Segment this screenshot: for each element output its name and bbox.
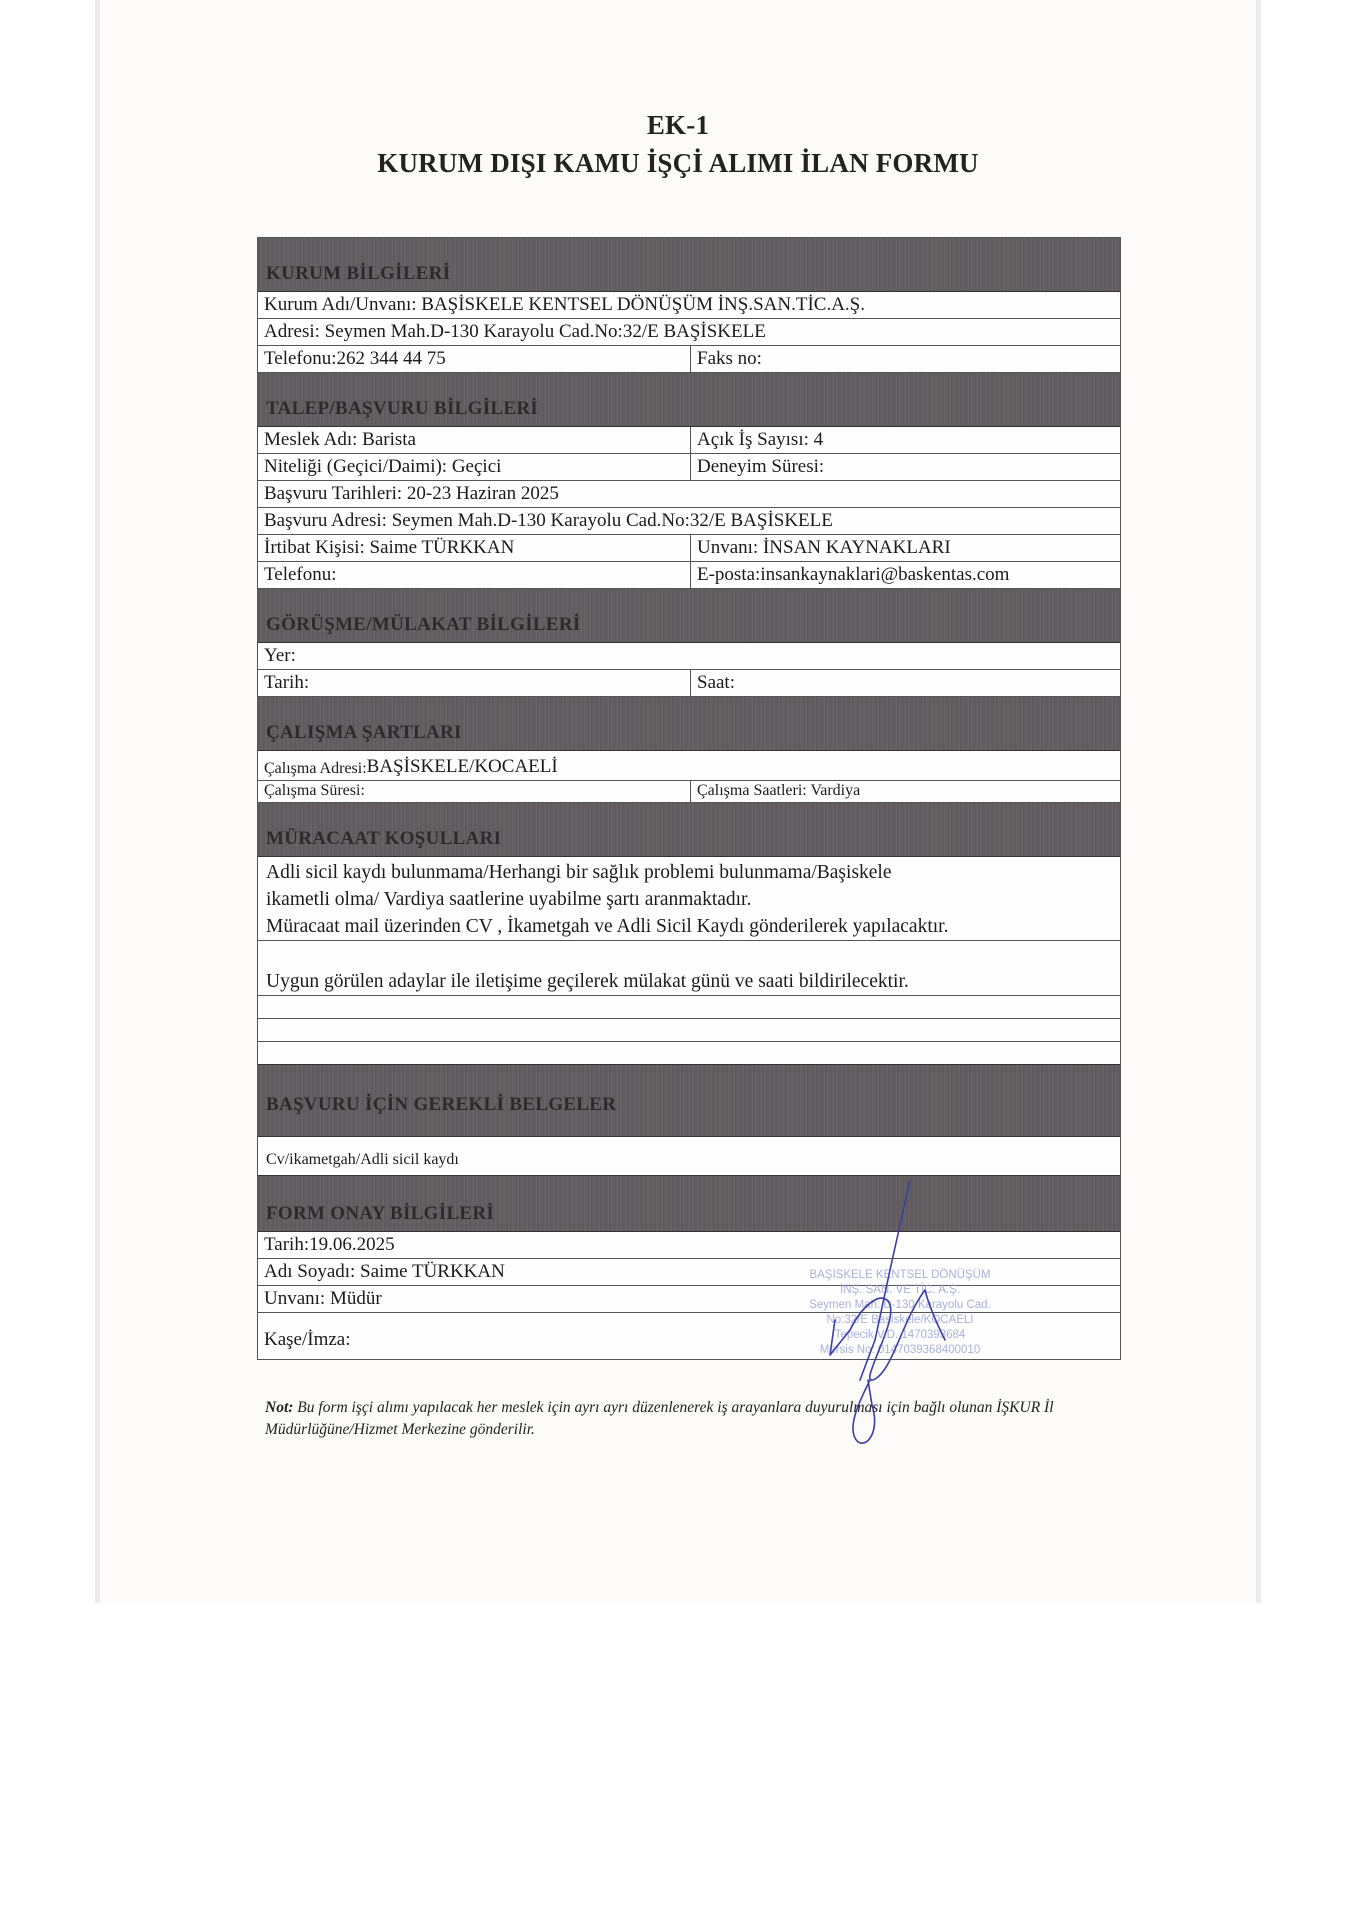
- gerekli-belgeler: Cv/ikametgah/Adli sicil kaydı: [258, 1137, 1120, 1176]
- meslek-row: Meslek Adı: Barista Açık İş Sayısı: 4: [258, 427, 1120, 454]
- section-gorusme-heading: GÖRÜŞME/MÜLAKAT BİLGİLERİ: [258, 589, 1120, 643]
- stamp-line: Seymen Mah. D-130 Karayolu Cad.: [785, 1298, 1015, 1313]
- deneyim-suresi: Deneyim Süresi:: [691, 454, 1120, 480]
- kurum-fax: Faks no:: [691, 346, 1120, 372]
- section-title: BAŞVURU İÇİN GEREKLİ BELGELER: [266, 1094, 616, 1116]
- condition-line-blank: [266, 941, 1112, 968]
- kurum-address: Adresi: Seymen Mah.D-130 Karayolu Cad.No…: [258, 319, 1120, 345]
- calisma-adresi-label: Çalışma Adresi:: [264, 760, 367, 778]
- section-title: TALEP/BAŞVURU BİLGİLERİ: [266, 398, 538, 420]
- section-calisma-heading: ÇALIŞMA ŞARTLARI: [258, 697, 1120, 751]
- footnote: Not: Bu form işçi alımı yapılacak her me…: [265, 1397, 1135, 1441]
- irtibat-kisisi: İrtibat Kişisi: Saime TÜRKKAN: [258, 535, 691, 561]
- niteligi: Niteliği (Geçici/Daimi): Geçici: [258, 454, 691, 480]
- blank-row: [258, 1019, 1120, 1042]
- section-talep-heading: TALEP/BAŞVURU BİLGİLERİ: [258, 373, 1120, 427]
- stamp-line: Tepecik V.D. 1470393684: [785, 1328, 1015, 1343]
- basvuru-tarihleri-row: Başvuru Tarihleri: 20-23 Haziran 2025: [258, 481, 1120, 508]
- iletisim-row: Telefonu: E-posta:insankaynaklari@basken…: [258, 562, 1120, 589]
- annex-label: EK-1: [100, 110, 1256, 141]
- yer-row: Yer:: [258, 643, 1120, 670]
- acik-is-sayisi: Açık İş Sayısı: 4: [691, 427, 1120, 453]
- section-onay-heading: FORM ONAY BİLGİLERİ: [258, 1176, 1120, 1232]
- section-title: KURUM BİLGİLERİ: [266, 263, 451, 285]
- calisma-sure-row: Çalışma Süresi: Çalışma Saatleri: Vardiy…: [258, 781, 1120, 803]
- muracaat-conditions: Adli sicil kaydı bulunmama/Herhangi bir …: [258, 857, 1120, 996]
- basvuru-adresi: Başvuru Adresi: Seymen Mah.D-130 Karayol…: [258, 508, 1120, 534]
- section-kurum-heading: KURUM BİLGİLERİ: [258, 238, 1120, 292]
- irtibat-row: İrtibat Kişisi: Saime TÜRKKAN Unvanı: İN…: [258, 535, 1120, 562]
- condition-line: Müracaat mail üzerinden CV , İkametgah v…: [258, 913, 1120, 941]
- calisma-adresi-value: BAŞİSKELE/KOCAELİ: [367, 756, 558, 778]
- kurum-name: Kurum Adı/Unvanı: BAŞİSKELE KENTSEL DÖNÜ…: [258, 292, 1120, 318]
- kurum-phone: Telefonu:262 344 44 75: [258, 346, 691, 372]
- calisma-suresi: Çalışma Süresi:: [258, 781, 691, 802]
- job-posting-form: KURUM BİLGİLERİ Kurum Adı/Unvanı: BAŞİSK…: [257, 237, 1121, 1360]
- eposta: E-posta:insankaynaklari@baskentas.com: [691, 562, 1120, 588]
- stamp-line: No:32/E Başiskele/KOCAELİ: [785, 1313, 1015, 1328]
- condition-line: Uygun görülen adaylar ile iletişime geçi…: [266, 968, 1112, 995]
- calisma-adres-row: Çalışma Adresi: BAŞİSKELE/KOCAELİ: [258, 751, 1120, 781]
- kurum-phone-row: Telefonu:262 344 44 75 Faks no:: [258, 346, 1120, 373]
- irtibat-telefon: Telefonu:: [258, 562, 691, 588]
- gorusme-saat: Saat:: [691, 670, 1120, 696]
- blank-row: [258, 996, 1120, 1019]
- tarih-saat-row: Tarih: Saat:: [258, 670, 1120, 697]
- gorusme-tarih: Tarih:: [258, 670, 691, 696]
- kurum-name-row: Kurum Adı/Unvanı: BAŞİSKELE KENTSEL DÖNÜ…: [258, 292, 1120, 319]
- section-title: MÜRACAAT KOŞULLARI: [266, 828, 501, 850]
- stamp-line: BAŞİSKELE KENTSEL DÖNÜŞÜM: [785, 1268, 1015, 1283]
- onay-tarih: Tarih:19.06.2025: [258, 1232, 1120, 1258]
- basvuru-adresi-row: Başvuru Adresi: Seymen Mah.D-130 Karayol…: [258, 508, 1120, 535]
- section-title: GÖRÜŞME/MÜLAKAT BİLGİLERİ: [266, 614, 581, 636]
- section-title: FORM ONAY BİLGİLERİ: [266, 1203, 494, 1225]
- kurum-address-row: Adresi: Seymen Mah.D-130 Karayolu Cad.No…: [258, 319, 1120, 346]
- meslek-adi: Meslek Adı: Barista: [258, 427, 691, 453]
- irtibat-unvan: Unvanı: İNSAN KAYNAKLARI: [691, 535, 1120, 561]
- note-label: Not:: [265, 1399, 293, 1416]
- section-belgeler-heading: BAŞVURU İÇİN GEREKLİ BELGELER: [258, 1065, 1120, 1137]
- gorusme-yer: Yer:: [258, 643, 1120, 669]
- stamp-line: Mersis No: 0147039368400010: [785, 1343, 1015, 1358]
- condition-line: ikametli olma/ Vardiya saatlerine uyabil…: [266, 886, 1112, 913]
- calisma-saatleri: Çalışma Saatleri: Vardiya: [691, 781, 1120, 802]
- section-title: ÇALIŞMA ŞARTLARI: [266, 722, 462, 744]
- condition-line: Adli sicil kaydı bulunmama/Herhangi bir …: [266, 859, 1112, 886]
- company-stamp: BAŞİSKELE KENTSEL DÖNÜŞÜM İNŞ. SAN. VE T…: [785, 1268, 1015, 1358]
- stamp-line: İNŞ. SAN. VE TİC. A.Ş.: [785, 1283, 1015, 1298]
- page-title: KURUM DIŞI KAMU İŞÇİ ALIMI İLAN FORMU: [100, 148, 1256, 179]
- note-text: Bu form işçi alımı yapılacak her meslek …: [265, 1399, 1054, 1438]
- basvuru-tarihleri: Başvuru Tarihleri: 20-23 Haziran 2025: [258, 481, 1120, 507]
- nitelik-row: Niteliği (Geçici/Daimi): Geçici Deneyim …: [258, 454, 1120, 481]
- blank-row: [258, 1042, 1120, 1065]
- section-muracaat-heading: MÜRACAAT KOŞULLARI: [258, 803, 1120, 857]
- calisma-adresi: Çalışma Adresi: BAŞİSKELE/KOCAELİ: [258, 751, 1120, 780]
- onay-tarih-row: Tarih:19.06.2025: [258, 1232, 1120, 1259]
